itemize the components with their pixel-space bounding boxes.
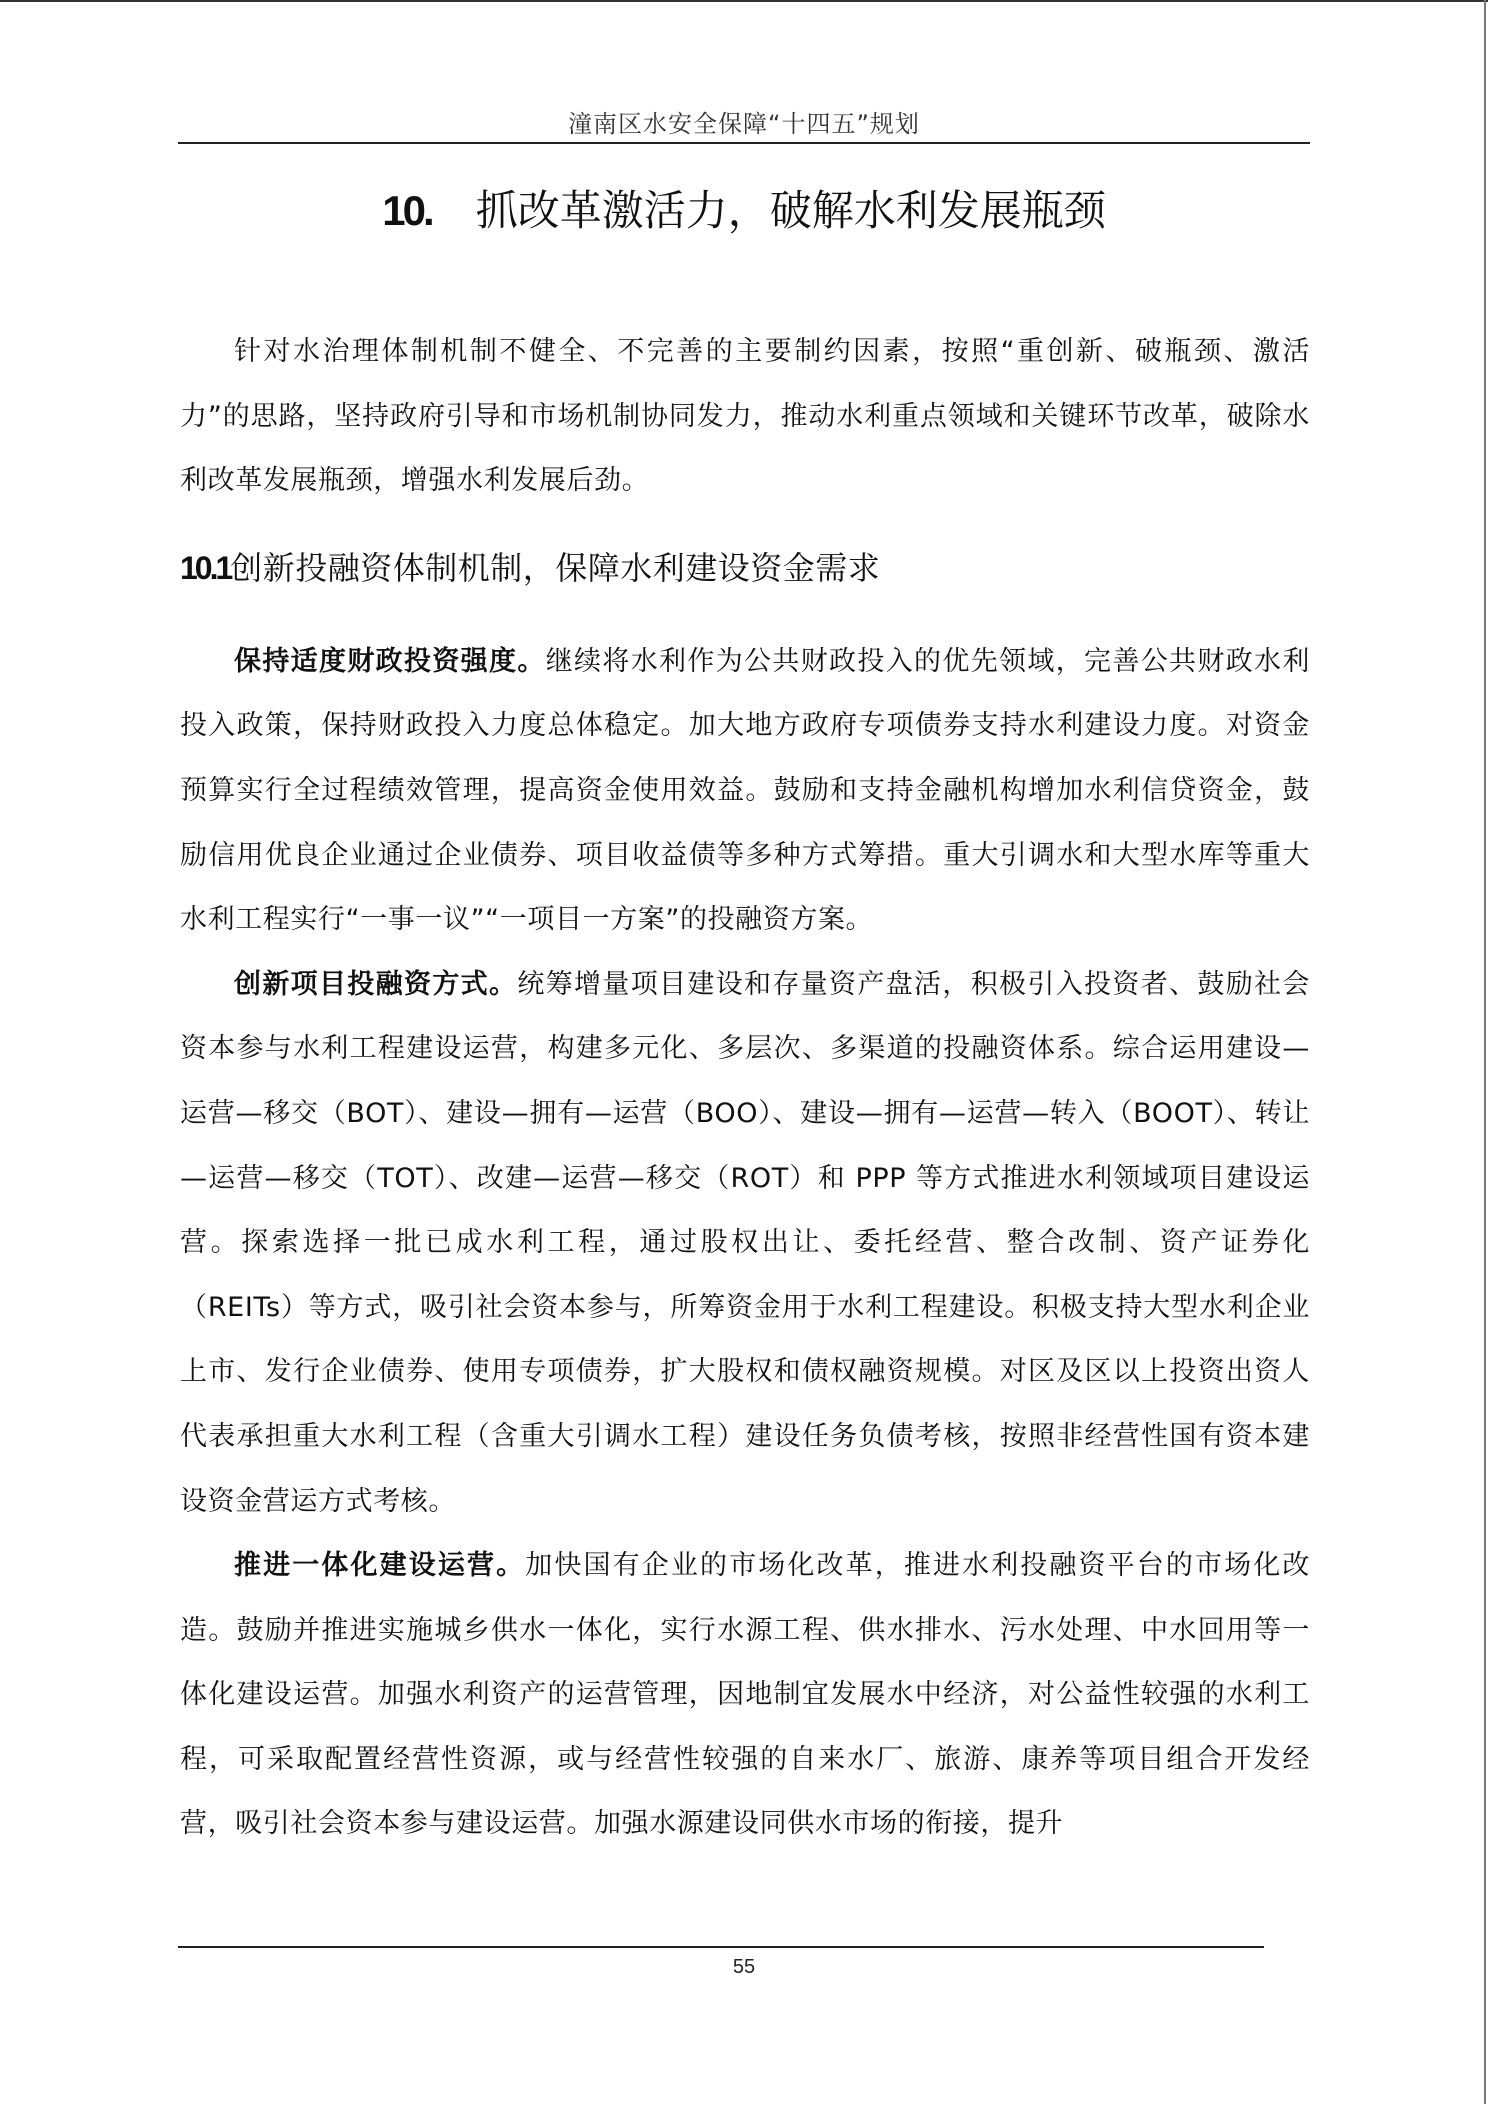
paragraph-text: 加快国有企业的市场化改革，推进水利投融资平台的市场化改造。鼓励并推进实施城乡供水… <box>180 1550 1310 1839</box>
page-border-right <box>1484 0 1486 2104</box>
paragraph-text: 统筹增量项目建设和存量资产盘活，积极引入投资者、鼓励社会资本参与水利工程建设运营… <box>180 969 1310 1517</box>
chapter-title: 10.抓改革激活力，破解水利发展瓶颈 <box>178 178 1310 238</box>
page-border-top <box>0 0 1488 2</box>
paragraph-integrated-operation: 推进一体化建设运营。加快国有企业的市场化改革，推进水利投融资平台的市场化改造。鼓… <box>180 1534 1310 1857</box>
running-header: 潼南区水安全保障“十四五”规划 <box>178 104 1310 139</box>
section-title: 创新投融资体制机制，保障水利建设资金需求 <box>230 549 880 587</box>
paragraph-lead: 保持适度财政投资强度。 <box>234 646 546 677</box>
header-rule <box>178 142 1310 144</box>
paragraph-lead: 创新项目投融资方式。 <box>234 969 517 1000</box>
paragraph-lead: 推进一体化建设运营。 <box>234 1550 525 1581</box>
chapter-title-text: 抓改革激活力，破解水利发展瓶颈 <box>476 186 1106 235</box>
paragraph-text: 继续将水利作为公共财政投入的优先领域，完善公共财政水利投入政策，保持财政投入力度… <box>180 646 1310 935</box>
footer-rule <box>178 1946 1264 1948</box>
section-heading: 10.1创新投融资体制机制，保障水利建设资金需求 <box>180 536 1310 600</box>
paragraph-fiscal-investment: 保持适度财政投资强度。继续将水利作为公共财政投入的优先领域，完善公共财政水利投入… <box>180 630 1310 953</box>
paragraph-financing-methods: 创新项目投融资方式。统筹增量项目建设和存量资产盘活，积极引入投资者、鼓励社会资本… <box>180 953 1310 1534</box>
document-body: 针对水治理体制机制不健全、不完善的主要制约因素，按照“重创新、破瓶颈、激活力”的… <box>180 320 1310 1857</box>
page-number: 55 <box>178 1956 1310 1979</box>
intro-paragraph: 针对水治理体制机制不健全、不完善的主要制约因素，按照“重创新、破瓶颈、激活力”的… <box>180 320 1310 514</box>
chapter-number: 10. <box>382 187 431 234</box>
section-number: 10.1 <box>180 550 230 586</box>
